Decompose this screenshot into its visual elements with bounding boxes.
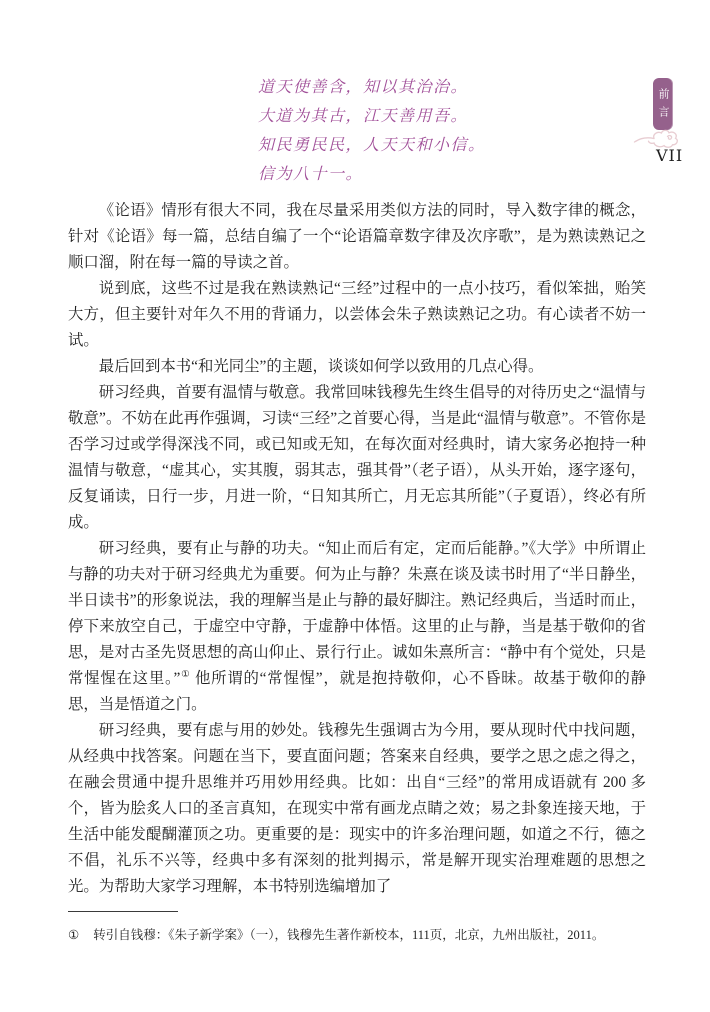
book-page: 道天使善含，知以其治治。大道为其古，江天善用吾。知民勇民民，人天天和小信。信为八… (0, 0, 710, 1012)
verse-line: 知民勇民民，人天天和小信。 (258, 130, 486, 159)
paragraph: 研习经典，首要有温情与敬意。我常回味钱穆先生终生倡导的对待历史之“温情与敬意”。… (68, 380, 646, 536)
footnote-marker: ① (68, 925, 79, 945)
footnote-ref: ① (180, 670, 190, 680)
page-number: VII (656, 146, 683, 165)
paragraph: 最后回到本书“和光同尘”的主题，谈谈如何学以致用的几点心得。 (68, 354, 646, 380)
footnote: ①转引自钱穆：《朱子新学案》（一），钱穆先生著作新校本，111页，北京，九州出版… (68, 925, 650, 945)
body-text: 《论语》情形有很大不同，我在尽量采用类似方法的同时，导入数字律的概念，针对《论语… (68, 198, 646, 900)
footnote-divider (68, 911, 178, 912)
verse-line: 道天使善含，知以其治治。 (258, 72, 486, 101)
paragraph: 《论语》情形有很大不同，我在尽量采用类似方法的同时，导入数字律的概念，针对《论语… (68, 198, 646, 276)
verse-line: 信为八十一。 (258, 159, 486, 188)
paragraph: 研习经典，要有虑与用的妙处。钱穆先生强调古为今用，要从现时代中找问题，从经典中找… (68, 718, 646, 900)
paragraph: 研习经典，要有止与静的功夫。“知止而后有定，定而后能静。”《大学》中所谓止与静的… (68, 536, 646, 718)
chapter-tab-label: 前言 (653, 84, 673, 124)
paragraph: 说到底，这些不过是我在熟读熟记“三经”过程中的一点小技巧，看似笨拙，贻笑大方，但… (68, 276, 646, 354)
verse-line: 大道为其古，江天善用吾。 (258, 101, 486, 130)
footnote-text: 转引自钱穆：《朱子新学案》（一），钱穆先生著作新校本，111页，北京，九州出版社… (93, 928, 604, 942)
verse: 道天使善含，知以其治治。大道为其古，江天善用吾。知民勇民民，人天天和小信。信为八… (258, 72, 486, 188)
chapter-tab: 前言 (653, 78, 673, 130)
